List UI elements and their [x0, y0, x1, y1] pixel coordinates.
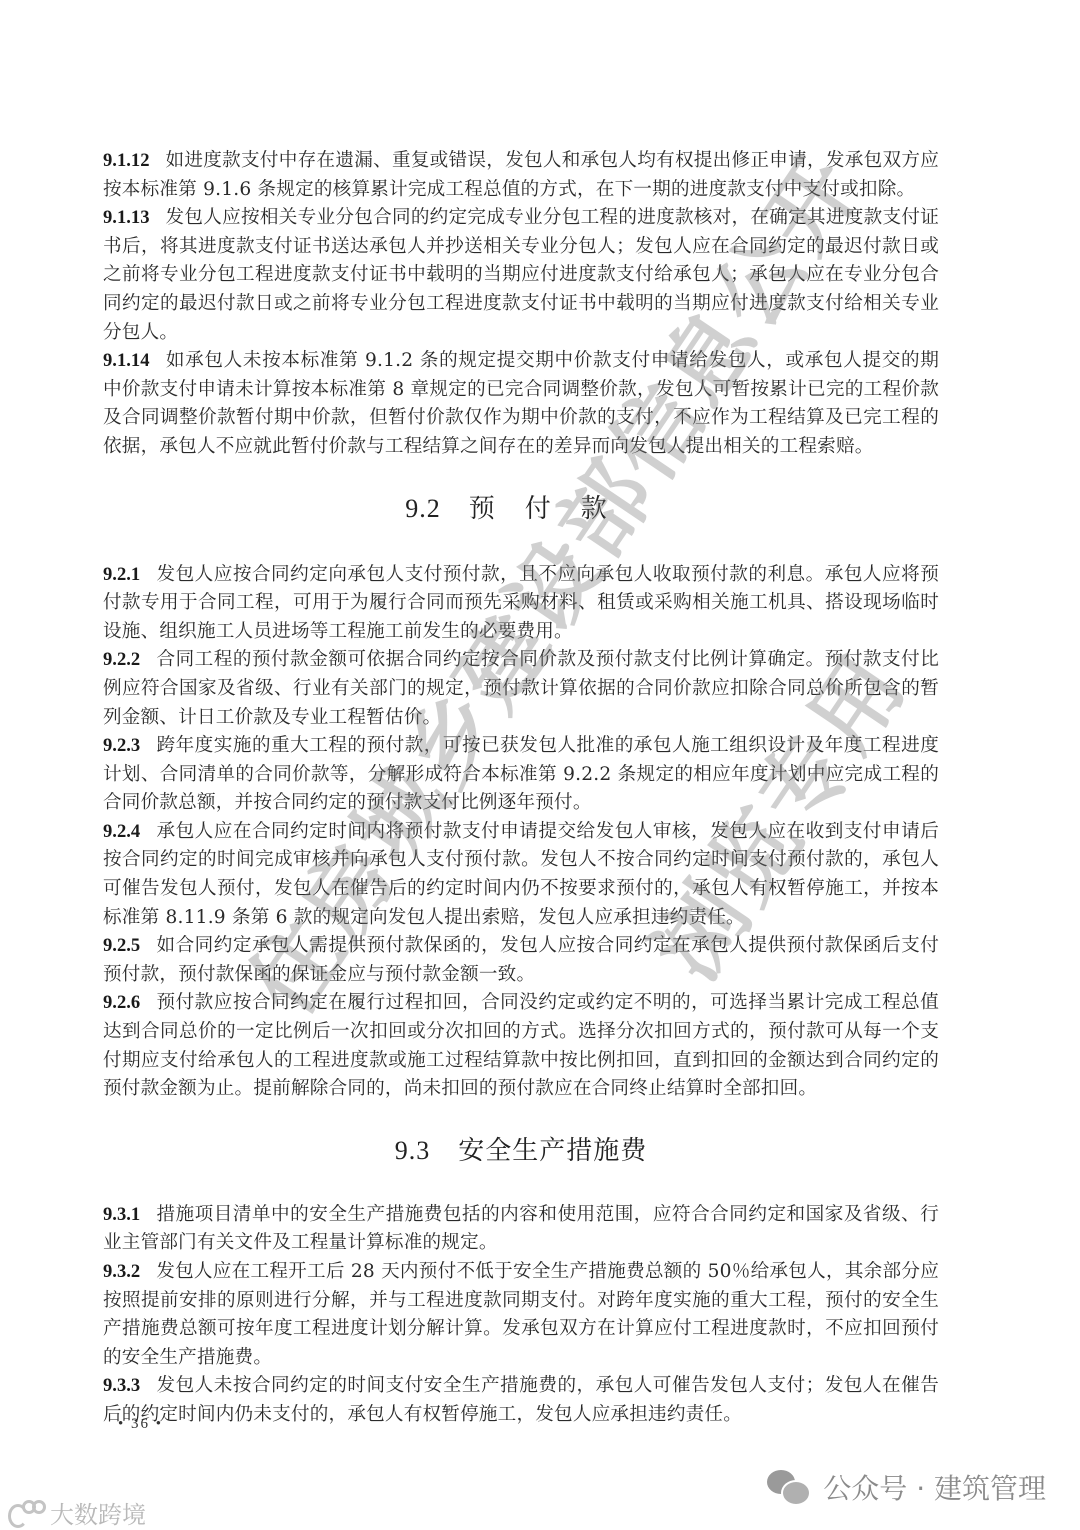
- clause-text: 如合同约定承包人需提供预付款保函的，发包人应按合同约定在承包人提供预付款保函后支…: [103, 935, 939, 985]
- clause-number: 9.2.4: [103, 821, 140, 842]
- clause-text: 发包人未按合同约定的时间支付安全生产措施费的，承包人可催告发包人支付；发包人在催…: [103, 1375, 939, 1425]
- clause-number: 9.3.2: [103, 1261, 140, 1282]
- clause-9-2-6: 9.2.6预付款应按合同约定在履行过程扣回，合同没约定或约定不明的，可选择当累计…: [103, 989, 939, 1103]
- clause-9-2-1: 9.2.1发包人应按合同约定向承包人支付预付款，且不应向承包人收取预付款的利息。…: [103, 561, 939, 647]
- clause-9-3-2: 9.3.2发包人应在工程开工后 28 天内预付不低于安全生产措施费总额的 50％…: [103, 1258, 939, 1372]
- section-title-9-2: 9.2预付款: [103, 488, 939, 525]
- clause-number: 9.2.5: [103, 935, 140, 956]
- clause-text: 发包人应按合同约定向承包人支付预付款，且不应向承包人收取预付款的利息。承包人应将…: [103, 564, 939, 642]
- clause-9-2-5: 9.2.5如合同约定承包人需提供预付款保函的，发包人应按合同约定在承包人提供预付…: [103, 932, 939, 989]
- clause-number: 9.2.6: [103, 992, 140, 1013]
- clause-text: 承包人应在合同约定时间内将预付款支付申请提交给发包人审核，发包人应在收到支付申请…: [103, 821, 939, 928]
- clause-number: 9.1.12: [103, 150, 149, 171]
- clause-number: 9.3.3: [103, 1375, 140, 1396]
- clause-text: 合同工程的预付款金额可依据合同约定按合同价款及预付款支付比例计算确定。预付款支付…: [103, 649, 939, 727]
- wechat-account-text: 公众号 · 建筑管理: [823, 1467, 1046, 1507]
- clause-number: 9.2.3: [103, 735, 140, 756]
- section-heading-text: 预付款: [469, 494, 637, 524]
- clause-number: 9.3.1: [103, 1204, 140, 1225]
- clause-9-2-3: 9.2.3跨年度实施的重大工程的预付款，可按已获发包人批准的承包人施工组织设计及…: [103, 732, 939, 818]
- clause-9-2-4: 9.2.4承包人应在合同约定时间内将预付款支付申请提交给发包人审核，发包人应在收…: [103, 818, 939, 932]
- clause-text: 如进度款支付中存在遗漏、重复或错误，发包人和承包人均有权提出修正申请，发承包双方…: [103, 150, 939, 200]
- clause-9-1-14: 9.1.14如承包人未按本标准第 9.1.2 条的规定提交期中价款支付申请给发包…: [103, 347, 939, 461]
- clause-text: 如承包人未按本标准第 9.1.2 条的规定提交期中价款支付申请给发包人，或承包人…: [103, 350, 939, 457]
- clause-9-2-2: 9.2.2合同工程的预付款金额可依据合同约定按合同价款及预付款支付比例计算确定。…: [103, 646, 939, 732]
- section-title-9-3: 9.3安全生产措施费: [103, 1130, 939, 1167]
- clause-number: 9.2.1: [103, 564, 140, 585]
- wechat-account-label: 公众号 · 建筑管理: [767, 1467, 1046, 1507]
- page-number: • 36 •: [118, 1416, 163, 1433]
- section-number: 9.2: [405, 494, 441, 523]
- clause-number: 9.1.13: [103, 207, 149, 228]
- clause-9-1-12: 9.1.12如进度款支付中存在遗漏、重复或错误，发包人和承包人均有权提出修正申请…: [103, 147, 939, 204]
- clause-text: 跨年度实施的重大工程的预付款，可按已获发包人批准的承包人施工组织设计及年度工程进…: [103, 735, 939, 813]
- clause-text: 发包人应按相关专业分包合同的约定完成专业分包工程的进度款核对，在确定其进度款支付…: [103, 207, 939, 342]
- clause-text: 发包人应在工程开工后 28 天内预付不低于安全生产措施费总额的 50％给承包人，…: [103, 1261, 939, 1368]
- clause-number: 9.2.2: [103, 649, 140, 670]
- clause-text: 预付款应按合同约定在履行过程扣回，合同没约定或约定不明的，可选择当累计完成工程总…: [103, 992, 939, 1099]
- document-page: 9.1.12如进度款支付中存在遗漏、重复或错误，发包人和承包人均有权提出修正申请…: [103, 147, 939, 1430]
- section-heading-text: 安全生产措施费: [458, 1136, 647, 1166]
- source-brand-text: 大数跨境: [50, 1495, 146, 1530]
- brand-logo-icon: [8, 1500, 44, 1526]
- clause-text: 措施项目清单中的安全生产措施费包括的内容和使用范围，应符合合同约定和国家及省级、…: [103, 1204, 939, 1254]
- section-number: 9.3: [395, 1136, 431, 1165]
- clause-9-3-3: 9.3.3发包人未按合同约定的时间支付安全生产措施费的，承包人可催告发包人支付；…: [103, 1372, 939, 1429]
- clause-number: 9.1.14: [103, 350, 149, 371]
- clause-9-1-13: 9.1.13发包人应按相关专业分包合同的约定完成专业分包工程的进度款核对，在确定…: [103, 204, 939, 347]
- wechat-icon: [767, 1470, 811, 1504]
- clause-9-3-1: 9.3.1措施项目清单中的安全生产措施费包括的内容和使用范围，应符合合同约定和国…: [103, 1201, 939, 1258]
- source-brand: 大数跨境: [8, 1495, 146, 1530]
